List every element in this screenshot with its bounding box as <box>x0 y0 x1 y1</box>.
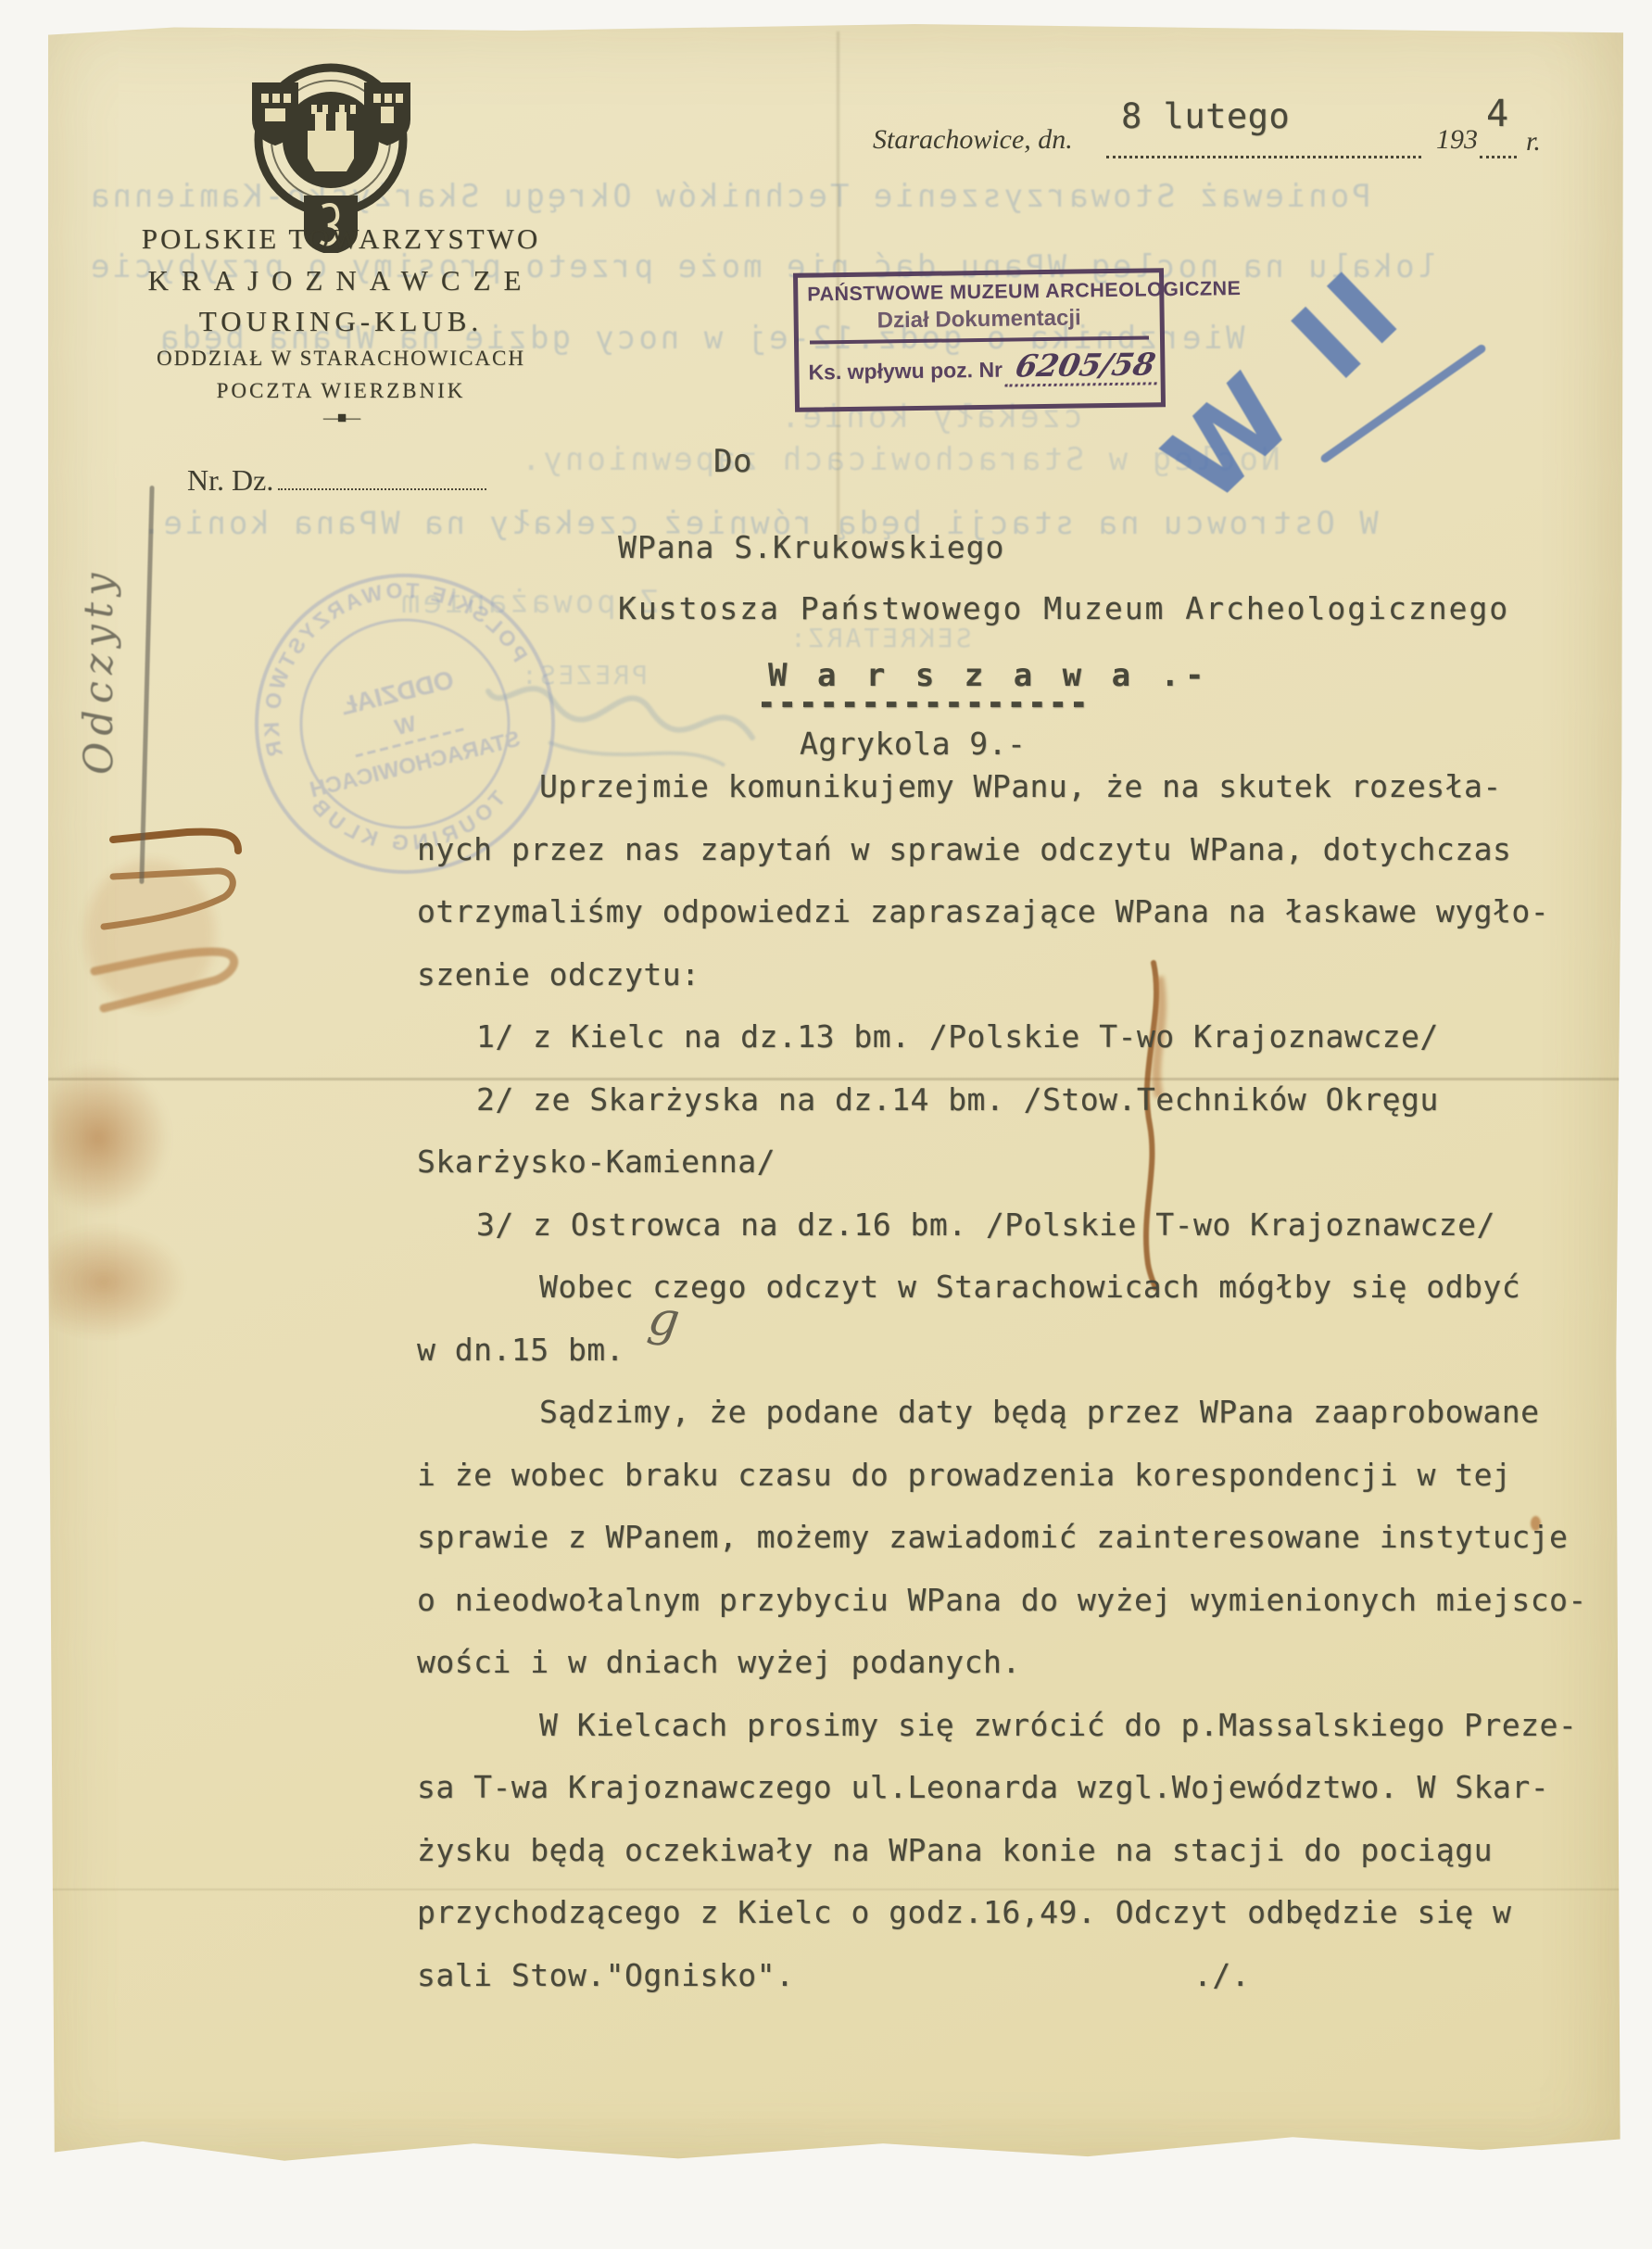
body-line: Uprzejmie komunikujemy WPanu, że na skut… <box>417 755 1649 818</box>
org-name-line: KRAJOZNAWCZE <box>63 259 619 301</box>
rust-stain <box>48 1224 187 1340</box>
dateline-year-printed: 193 <box>1436 124 1478 156</box>
letter-paper: Ponieważ Stowarzyszenie Techników Okręgu… <box>48 24 1623 2176</box>
end-mark: ./. <box>1193 1944 1250 2007</box>
body-line: 2/ ze Skarżyska na dz.14 bm. /Stow.Techn… <box>417 1068 1649 1131</box>
body-line: W Kielcach prosimy się zwrócić do p.Mass… <box>417 1694 1649 1757</box>
body-line: w dn.15 bm. <box>417 1319 1649 1382</box>
body-line: 1/ z Kielc na dz.13 bm. /Polskie T-wo Kr… <box>417 1005 1649 1068</box>
svg-text:ODDZIAŁ: ODDZIAŁ <box>338 664 457 720</box>
stamp-handwritten-number: 6205/58 <box>1004 346 1164 386</box>
registry-label: Nr. Dz. <box>187 463 273 497</box>
recipient-block: WPana S.Krukowskiego Kustosza Państwoweg… <box>618 529 1600 770</box>
stamp-register-row: Ks. wpływu poz. Nr6205/58 <box>808 346 1152 389</box>
body-line: i że wobec braku czasu do prowadzenia ko… <box>417 1444 1649 1507</box>
recipient-city-underline: ---------------- <box>757 681 1091 726</box>
body-line: Wobec czego odczyt w Starachowicach mógł… <box>417 1256 1649 1319</box>
rust-stain <box>50 1062 170 1215</box>
stamp-register-label: Ks. wpływu poz. Nr <box>808 358 1003 385</box>
org-name-line: TOURING-KLUB. <box>63 301 619 342</box>
body-line: nych przez nas zapytań w sprawie odczytu… <box>417 818 1649 881</box>
body-line: Sądzimy, że podane daty będą przez WPana… <box>417 1381 1649 1444</box>
salutation-do: Do <box>713 443 752 480</box>
body-line: szenie odczytu: <box>417 943 1649 1006</box>
body-line: wości i w dniach wyżej podanych. <box>417 1631 1649 1694</box>
body-line: Skarżysko-Kamienna/ <box>417 1131 1649 1194</box>
dateline: Starachowice, dn. 8 lutego 193 4 r. <box>873 96 1577 180</box>
dateline-r-label: r. <box>1526 126 1541 158</box>
body-line: 3/ z Ostrowca na dz.16 bm. /Polskie T-wo… <box>417 1194 1649 1257</box>
body-line: przychodzącego z Kielc o godz.16,49. Odc… <box>417 1881 1649 1944</box>
body-line: sprawie z WPanem, możemy zawiadomić zain… <box>417 1506 1649 1569</box>
body-line: o nieodwołalnym przybyciu WPana do wyżej… <box>417 1569 1649 1632</box>
registry-number-row: Nr. Dz. <box>187 463 486 498</box>
svg-text:W: W <box>392 712 419 741</box>
museum-receipt-stamp: PAŃSTWOWE MUZEUM ARCHEOLOGICZNE Dział Do… <box>793 268 1166 412</box>
recipient-name: WPana S.Krukowskiego <box>618 529 1004 565</box>
registry-dotted-rule <box>278 464 486 490</box>
org-name-line: POLSKIE TOWARZYSTWO <box>63 219 619 259</box>
body-line: żysku będą oczekiwały na WPana konie na … <box>417 1819 1649 1882</box>
dateline-dotted-rule <box>1480 122 1517 158</box>
dateline-typed-date: 8 lutego <box>1121 96 1290 136</box>
letterhead-block: POLSKIE TOWARZYSTWO KRAJOZNAWCZE TOURING… <box>63 219 619 429</box>
stamp-department-line: Dział Dokumentacji <box>808 304 1151 335</box>
stamp-institution-line: PAŃSTWOWE MUZEUM ARCHEOLOGICZNE <box>807 278 1150 306</box>
pencil-margin-note: Odczyty <box>76 543 122 775</box>
letterhead-divider: —■— <box>63 407 619 429</box>
org-branch-line: ODDZIAŁ W STARACHOWICACH <box>63 342 619 375</box>
stamp-rule <box>810 335 1149 344</box>
letter-body: Uprzejmie komunikujemy WPanu, że na skut… <box>417 755 1649 2006</box>
body-line: sa T-wa Krajoznawczego ul.Leonarda wzgl.… <box>417 1756 1649 1819</box>
body-line: otrzymaliśmy odpowiedzi zapraszające WPa… <box>417 880 1649 943</box>
scanned-letter: Ponieważ Stowarzyszenie Techników Okręgu… <box>0 0 1652 2249</box>
dateline-place-label: Starachowice, dn. <box>873 124 1073 156</box>
org-post-line: POCZTA WIERZBNIK <box>63 375 619 407</box>
recipient-title: Kustosza Państwowego Muzeum Archeologicz… <box>618 590 1509 626</box>
rust-paperclip-stain <box>76 823 252 1027</box>
body-line: sali Stow."Ognisko". <box>417 1944 1649 2007</box>
